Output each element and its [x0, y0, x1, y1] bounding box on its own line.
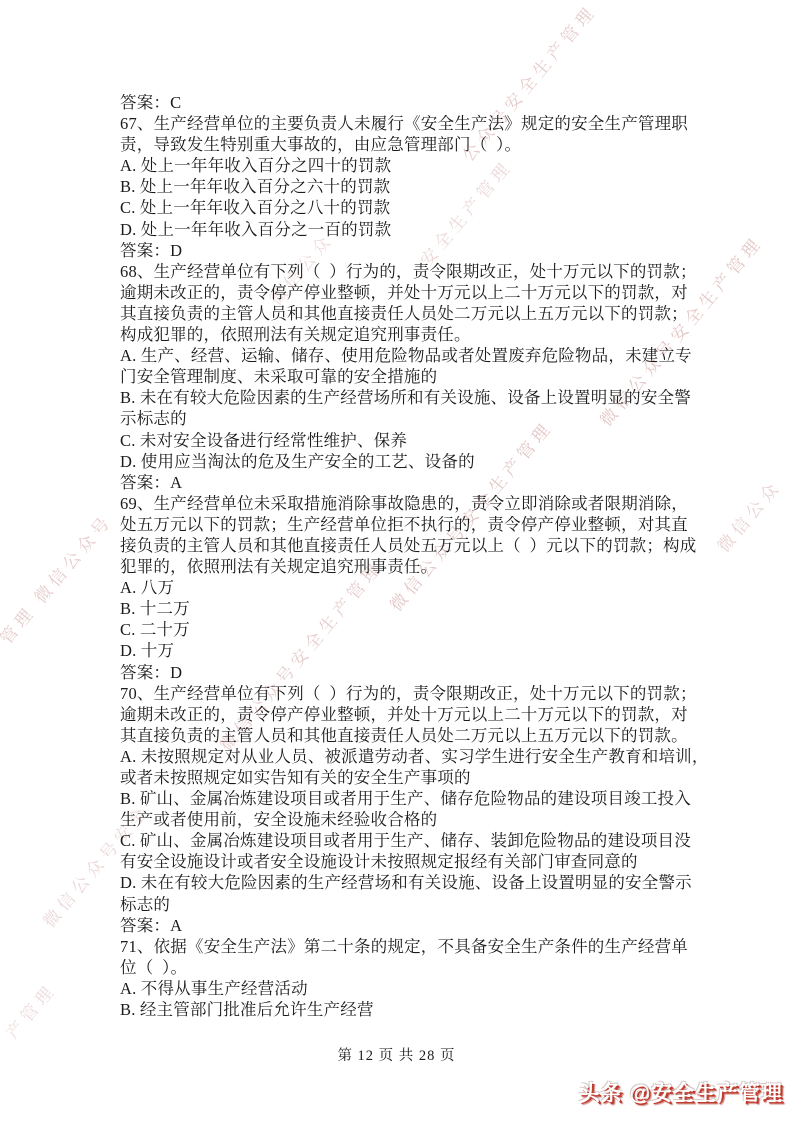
text-line: B. 矿山、金属冶炼建设项目或者用于生产、储存危险物品的建设项目竣工投入: [120, 788, 690, 809]
text-line: 位（ ）。: [120, 957, 690, 978]
text-line: A. 不得从事生产经营活动: [120, 978, 690, 999]
text-line: B. 经主管部门批准后允许生产经营: [120, 999, 690, 1020]
text-line: 其直接负责的主管人员和其他直接责任人员处二万元以上五万元以下的罚款。: [120, 725, 690, 746]
text-line: 答案：A: [120, 915, 690, 936]
text-line: 或者未按照规定如实告知有关的安全生产事项的: [120, 767, 690, 788]
text-line: 责，导致发生特别重大事故的，由应急管理部门（ ）。: [120, 134, 690, 155]
text-line: B. 十二万: [120, 598, 690, 619]
text-line: 构成犯罪的，依照刑法有关规定追究刑事责任。: [120, 324, 690, 345]
text-line: C. 未对安全设备进行经常性维护、保养: [120, 430, 690, 451]
text-line: 70、生产经营单位有下列（ ）行为的，责令限期改正，处十万元以下的罚款；: [120, 683, 690, 704]
text-line: D. 未在有较大危险因素的生产经营场和有关设施、设备上设置明显的安全警示: [120, 872, 690, 893]
text-line: 67、生产经营单位的主要负责人未履行《安全生产法》规定的安全生产管理职: [120, 113, 690, 134]
question-text-block: 答案：C67、生产经营单位的主要负责人未履行《安全生产法》规定的安全生产管理职责…: [120, 92, 690, 1020]
text-line: 69、生产经营单位未采取措施消除事故隐患的，责令立即消除或者限期消除，: [120, 493, 690, 514]
toutiao-watermark-badge: 头条 @安全生产管理: [579, 1077, 783, 1107]
document-page: 公众号安全生产管理微信公众号安全生产管理微信公众安全生产管理微信公众号安全生产管…: [0, 0, 793, 1122]
text-line: 犯罪的，依照刑法有关规定追究刑事责任。: [120, 556, 690, 577]
text-line: C. 矿山、金属冶炼建设项目或者用于生产、储存、装卸危险物品的建设项目没: [120, 830, 690, 851]
text-line: A. 未按照规定对从业人员、被派遣劳动者、实习学生进行安全生产教育和培训，: [120, 746, 690, 767]
text-line: 处五万元以下的罚款；生产经营单位拒不执行的，责令停产停业整顿，对其直: [120, 514, 690, 535]
text-line: B. 处上一年年收入百分之六十的罚款: [120, 176, 690, 197]
text-line: C. 处上一年年收入百分之八十的罚款: [120, 197, 690, 218]
text-line: 答案：C: [120, 92, 690, 113]
text-line: 答案：D: [120, 240, 690, 261]
text-line: 逾期未改正的，责令停产停业整顿，并处十万元以上二十万元以下的罚款，对: [120, 282, 690, 303]
text-line: 标志的: [120, 894, 690, 915]
text-line: 68、生产经营单位有下列（ ）行为的，责令限期改正，处十万元以下的罚款；: [120, 261, 690, 282]
text-line: 71、依据《安全生产法》第二十条的规定，不具备安全生产条件的生产经营单: [120, 936, 690, 957]
text-line: 有安全设施设计或者安全设施设计未按照规定报经有关部门审查同意的: [120, 851, 690, 872]
text-line: 门安全管理制度、未采取可靠的安全措施的: [120, 366, 690, 387]
text-line: C. 二十万: [120, 619, 690, 640]
text-line: A. 处上一年年收入百分之四十的罚款: [120, 155, 690, 176]
text-line: D. 处上一年年收入百分之一百的罚款: [120, 219, 690, 240]
text-line: D. 十万: [120, 640, 690, 661]
page-number-footer: 第 12 页 共 28 页: [0, 1044, 793, 1065]
text-line: 逾期未改正的，责令停产停业整顿，并处十万元以上二十万元以下的罚款，对: [120, 704, 690, 725]
text-line: A. 生产、经营、运输、储存、使用危险物品或者处置废弃危险物品，未建立专: [120, 345, 690, 366]
text-line: B. 未在有较大危险因素的生产经营场所和有关设施、设备上设置明显的安全警: [120, 387, 690, 408]
diagonal-watermark: 产管理: [0, 977, 61, 1044]
text-line: 答案：A: [120, 472, 690, 493]
diagonal-watermark: 微信公众: [710, 473, 786, 556]
text-line: 示标志的: [120, 408, 690, 429]
text-line: 其直接负责的主管人员和其他直接责任人员处二万元以上五万元以下的罚款；: [120, 303, 690, 324]
text-line: 答案：D: [120, 662, 690, 683]
text-line: D. 使用应当淘汰的危及生产安全的工艺、设备的: [120, 451, 690, 472]
text-line: A. 八万: [120, 577, 690, 598]
text-line: 接负责的主管人员和其他直接责任人员处五万元以上（ ）元以下的罚款；构成: [120, 535, 690, 556]
diagonal-watermark: 管理 微信公众号: [0, 507, 117, 648]
text-line: 生产或者使用前，安全设施未经验收合格的: [120, 809, 690, 830]
